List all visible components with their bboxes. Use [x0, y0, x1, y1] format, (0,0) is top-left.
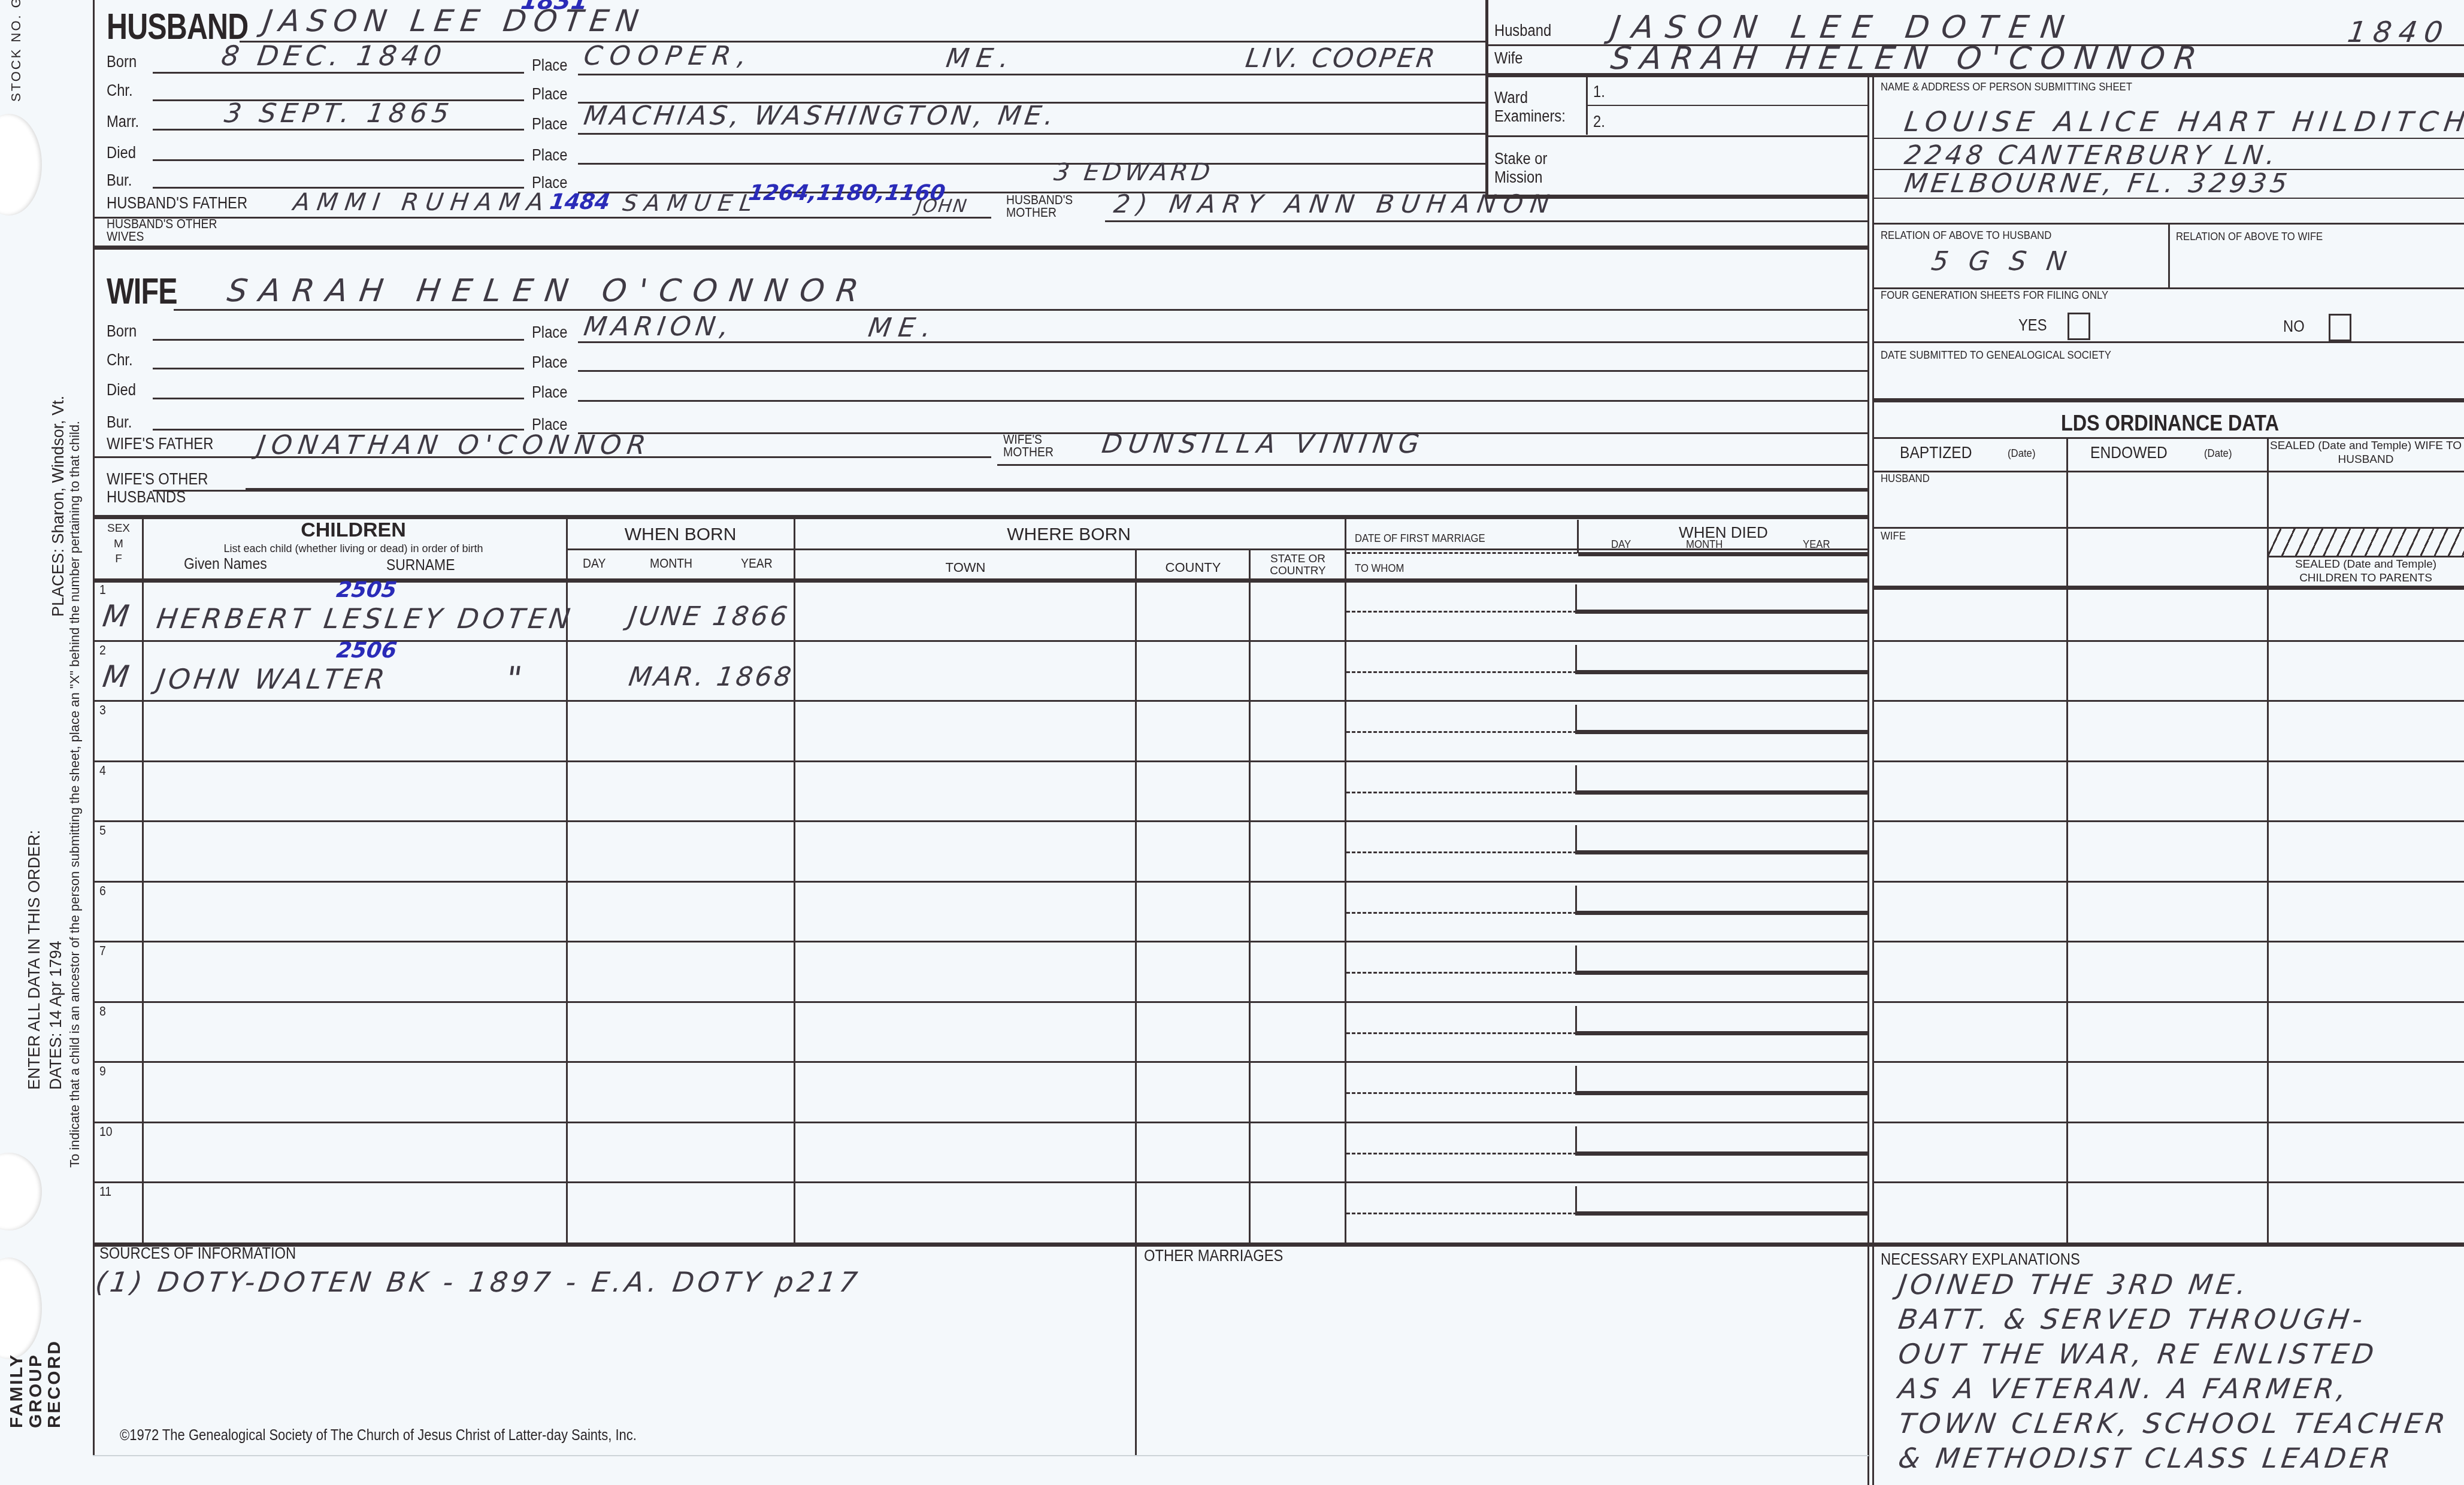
line [93, 700, 1869, 702]
line [1105, 220, 1869, 222]
husband-name-annotation: 1831 [519, 0, 589, 13]
county-header: COUNTY [1136, 560, 1250, 575]
submitter-name[interactable]: LOUISE ALICE HART HILDITCH [1903, 108, 2464, 135]
stock-number: STOCK NO. GA-C [8, 0, 24, 102]
explanation-line: OUT THE WAR, RE ENLISTED [1897, 1340, 2379, 1368]
baptized-header: BAPTIZED [1900, 444, 1972, 461]
child-sex[interactable]: M [101, 601, 131, 631]
dash-line [1346, 731, 1577, 733]
explanation-line: TOWN CLERK, SCHOOL TEACHER [1897, 1410, 2450, 1437]
place-label: Place [532, 147, 567, 163]
line [1575, 1091, 1869, 1095]
child-number: 4 [99, 764, 106, 777]
child-birth-date[interactable]: JUNE 1866 [627, 604, 791, 630]
child-birth-date[interactable]: MAR. 1868 [627, 664, 795, 690]
line [578, 370, 1869, 372]
month-header: MONTH [650, 557, 692, 570]
surname-header: SURNAME [386, 557, 455, 572]
line [578, 74, 1485, 75]
line [153, 368, 524, 369]
ward-examiner-1-label: 1. [1593, 84, 1605, 100]
to-whom-header: TO WHOM [1355, 563, 1404, 574]
wife-born-state: ME. [867, 315, 940, 341]
line [1575, 705, 1577, 732]
dash-line [1346, 851, 1577, 853]
given-names-header: Given Names [184, 556, 267, 571]
line [153, 339, 524, 341]
line [93, 1455, 1869, 1456]
child-sex[interactable]: M [101, 662, 131, 692]
husband-born-state: ME. [945, 46, 1018, 72]
other-marriages-label: OTHER MARRIAGES [1144, 1248, 1283, 1264]
line [578, 133, 1485, 135]
husband-ancestor-name: JOHN [915, 198, 969, 216]
line [93, 1061, 1869, 1063]
husband-father-ref: 1484 [548, 192, 611, 213]
line [1873, 398, 2464, 402]
line [1575, 825, 1577, 853]
place-label: Place [532, 86, 567, 102]
line [153, 129, 524, 131]
binder-hole [0, 114, 42, 216]
line [1575, 645, 1577, 672]
child-number: 1 [99, 583, 106, 596]
line [1873, 138, 2464, 139]
bur-label: Bur. [107, 172, 132, 189]
line [1873, 471, 2464, 472]
line [1485, 135, 1869, 137]
place-label: Place [532, 325, 567, 341]
child-number: 6 [99, 884, 106, 898]
died-label: Died [107, 145, 136, 161]
dash-line [1346, 1092, 1577, 1094]
endowed-header: ENDOWED [2090, 444, 2168, 461]
town-header: TOWN [795, 560, 1136, 575]
binder-hole [0, 1153, 42, 1231]
dash-line [1346, 1213, 1577, 1214]
husband-grandfather-name: SAMUEL [621, 192, 761, 214]
line [1485, 195, 1869, 199]
child-name[interactable]: JOHN WALTER [155, 665, 390, 693]
line [174, 309, 1869, 311]
line [1873, 1122, 2464, 1123]
line [1587, 105, 1869, 106]
dash-line [1346, 1153, 1577, 1154]
copyright: ©1972 The Genealogical Society of The Ch… [120, 1428, 637, 1443]
sealed-wife-header: SEALED (Date and Temple) WIFE TO HUSBAND [2270, 440, 2462, 467]
line [1575, 1066, 1577, 1093]
line [246, 488, 1869, 490]
line [567, 548, 1869, 550]
line [93, 1001, 1869, 1003]
line [1575, 670, 1869, 674]
child-ref-number: 2505 [335, 580, 398, 601]
dash-line [1346, 972, 1577, 974]
no-label: NO [2283, 319, 2305, 335]
explanations-label: NECESSARY EXPLANATIONS [1881, 1251, 2080, 1268]
line [1345, 515, 1346, 1242]
line [578, 400, 1869, 402]
section-divider [93, 1242, 2464, 1247]
hatched-area [2268, 528, 2464, 557]
marr-label: Marr. [107, 114, 139, 130]
child-number: 5 [99, 824, 106, 837]
line [1575, 886, 1577, 913]
child-surname-ditto: " [504, 663, 524, 696]
place-label: Place [532, 384, 567, 401]
line [1575, 1186, 1577, 1214]
explanation-line: & METHODIST CLASS LEADER [1897, 1444, 2396, 1472]
line [1575, 1211, 1869, 1216]
line [1873, 341, 2464, 343]
explanation-line: JOINED THE 3RD ME. [1897, 1271, 2251, 1298]
line [1575, 1031, 1869, 1035]
died-label: Died [107, 382, 136, 398]
dash-line [1346, 671, 1577, 673]
child-number: 3 [99, 704, 106, 717]
relation-husband-value[interactable]: 5 G S N [1930, 248, 2074, 275]
husband-marriage-place[interactable]: MACHIAS, WASHINGTON, ME. [582, 103, 1059, 129]
line [1873, 941, 2464, 942]
line [2066, 437, 2068, 1245]
stake-or-mission-label: Stake or Mission [1494, 150, 1573, 187]
when-born-header: WHEN BORN [567, 525, 794, 545]
children-subheading: List each child (whether living or dead)… [144, 543, 563, 555]
husband-born-place[interactable]: COOPER, [582, 43, 755, 69]
ward-examiners-label: Ward Examiners: [1494, 89, 1573, 126]
line [153, 490, 1869, 492]
line [1135, 1242, 1137, 1455]
line [153, 72, 524, 74]
line [578, 341, 1869, 343]
bur-label: Bur. [107, 414, 132, 431]
line [1873, 640, 2464, 642]
line [2168, 223, 2170, 289]
ordinance-wife-label: WIFE [1881, 531, 1906, 542]
wife-mother-label: WIFE'S MOTHER [1003, 434, 1077, 459]
chr-label: Chr. [107, 352, 133, 368]
summary-wife-label: Wife [1494, 50, 1523, 66]
date-hint: (Date) [2008, 448, 2035, 459]
right-panel-border [1872, 74, 1874, 1485]
child-ref-number: 2506 [335, 640, 398, 662]
ancestor-instruction: To indicate that a child is an ancestor … [67, 421, 83, 1168]
line [1873, 1181, 2464, 1183]
summary-wife-name[interactable]: SARAH HELEN O'CONNOR [1609, 43, 2208, 74]
line [1578, 552, 1869, 556]
line [1873, 760, 2464, 762]
sex-header: SEX M F [96, 521, 141, 567]
born-label: Born [107, 54, 137, 70]
line [93, 1181, 1869, 1183]
line [153, 398, 524, 399]
wife-mother-name[interactable]: DUNSILLA VINING [1100, 431, 1427, 457]
child-number: 11 [99, 1185, 111, 1198]
line [1575, 730, 1869, 734]
wife-other-husbands-label: WIFE'S OTHER HUSBANDS [107, 471, 233, 506]
line [578, 163, 1485, 165]
dash-line [1346, 611, 1577, 613]
died-year-header: YEAR [1803, 539, 1830, 550]
line [1873, 820, 2464, 822]
line [93, 820, 1869, 822]
wife-father-name[interactable]: JONATHAN O'CONNOR [256, 432, 653, 459]
husband-born-date[interactable]: 8 DEC. 1840 [220, 42, 448, 69]
born-label: Born [107, 323, 137, 340]
wife-father-label: WIFE'S FATHER [107, 436, 213, 452]
child-number: 8 [99, 1005, 106, 1018]
wife-name[interactable]: SARAH HELEN O'CONNOR [225, 275, 872, 307]
line [93, 760, 1869, 762]
child-name[interactable]: HERBERT LESLEY DOTEN [155, 605, 576, 632]
ordinance-title: LDS ORDINANCE DATA [1903, 411, 2437, 436]
husband-father-label: HUSBAND'S FATHER [107, 195, 247, 211]
line [1575, 971, 1869, 975]
husband-born-note: LIV. COOPER [1244, 46, 1439, 72]
child-number: 7 [99, 944, 106, 957]
husband-marriage-date[interactable]: 3 SEPT. 1865 [223, 101, 455, 127]
sealed-children-header: SEALED (Date and Temple) CHILDREN TO PAR… [2270, 558, 2462, 586]
line [1575, 584, 1577, 612]
children-heading: CHILDREN [144, 519, 563, 542]
place-label: Place [532, 57, 567, 74]
line [93, 941, 1869, 942]
enter-order-instruction: ENTER ALL DATA IN THIS ORDER: [25, 830, 44, 1090]
year-header: YEAR [741, 557, 773, 570]
child-number: 10 [99, 1125, 113, 1138]
dash-line [1346, 912, 1577, 914]
wife-heading: WIFE [107, 273, 177, 310]
line [1873, 437, 2464, 439]
ward-examiner-2-label: 2. [1593, 114, 1605, 130]
date-hint: (Date) [2204, 448, 2232, 459]
line [1577, 520, 1579, 553]
dash-line [1346, 792, 1577, 793]
dash-line [1346, 1032, 1577, 1034]
relation-husband-label: RELATION OF ABOVE TO HUSBAND [1881, 230, 2051, 241]
line [1575, 765, 1577, 793]
wife-born-place[interactable]: MARION, [582, 314, 735, 340]
summary-husband-year: 1840 [2346, 18, 2452, 47]
summary-husband-name[interactable]: JASON LEE DOTEN [1609, 12, 2078, 43]
line [1873, 198, 2464, 199]
line [93, 1122, 1869, 1123]
line [1485, 73, 2464, 77]
line [1873, 881, 2464, 883]
line [1575, 790, 1869, 795]
child-number: 2 [99, 644, 106, 657]
yes-label: YES [2018, 317, 2047, 334]
line [794, 515, 795, 1242]
date-submitted-label: DATE SUBMITTED TO GENEALOGICAL SOCIETY [1881, 350, 2111, 361]
form-title: FAMILY GROUP RECORD [7, 1339, 64, 1428]
line [153, 159, 524, 161]
line [1873, 1001, 2464, 1003]
line [1575, 1126, 1577, 1154]
section-divider [93, 246, 1869, 250]
explanation-line: AS A VETERAN. A FARMER, [1897, 1375, 2351, 1402]
line [997, 464, 1869, 466]
place-label: Place [532, 116, 567, 132]
four-generation-label: FOUR GENERATION SHEETS FOR FILING ONLY [1881, 290, 2108, 301]
child-number: 9 [99, 1065, 106, 1078]
explanation-line: BATT. & SERVED THROUGH- [1897, 1305, 2368, 1333]
where-born-header: WHERE BORN [795, 525, 1343, 545]
line [2267, 437, 2269, 1245]
husband-other-wives-label: HUSBAND'S OTHER WIVES [107, 218, 244, 243]
ordinance-husband-label: HUSBAND [1881, 473, 1930, 484]
line [1873, 586, 2464, 590]
place-label: Place [532, 354, 567, 371]
summary-box-border [1485, 0, 1488, 198]
line [1575, 850, 1869, 854]
relation-wife-label: RELATION OF ABOVE TO WIFE [2176, 231, 2323, 243]
line [93, 881, 1869, 883]
dash-line [1346, 552, 1577, 554]
line [1135, 548, 1137, 1242]
submitter-city[interactable]: MELBOURNE, FL. 32935 [1903, 171, 2293, 197]
died-month-header: MONTH [1686, 539, 1723, 550]
sources-label: SOURCES OF INFORMATION [99, 1245, 296, 1262]
day-header: DAY [583, 557, 606, 570]
line [1249, 548, 1251, 1242]
line [1575, 945, 1577, 973]
line [93, 456, 991, 458]
sources-text[interactable]: (1) DOTY-DOTEN BK - 1897 - E.A. DOTY p21… [94, 1268, 862, 1296]
husband-bur-note: 3 EDWARD [1052, 160, 1215, 184]
no-checkbox[interactable] [2329, 314, 2351, 341]
first-marriage-header: DATE OF FIRST MARRIAGE [1355, 533, 1485, 544]
summary-husband-label: Husband [1494, 23, 1551, 39]
chr-label: Chr. [107, 83, 133, 99]
husband-mother-label: HUSBAND'S MOTHER [1006, 194, 1091, 219]
submitter-label: NAME & ADDRESS OF PERSON SUBMITTING SHEE… [1881, 81, 2132, 93]
submitter-address[interactable]: 2248 CANTERBURY LN. [1903, 143, 2280, 169]
line [1575, 1006, 1577, 1034]
line [1575, 610, 1869, 614]
died-day-header: DAY [1611, 539, 1631, 550]
line [142, 515, 144, 1242]
line [1575, 1151, 1869, 1156]
places-instruction: PLACES: Sharon, Windsor, Vt. [49, 396, 68, 617]
husband-father-name[interactable]: AMMI RUHAMA [292, 190, 552, 214]
yes-checkbox[interactable] [2068, 313, 2090, 340]
dates-instruction: DATES: 14 Apr 1794 [47, 941, 65, 1090]
line [1873, 700, 2464, 702]
husband-name[interactable]: JASON LEE DOTEN [261, 6, 647, 36]
state-header: STATE OR COUNTRY [1250, 553, 1346, 577]
right-panel-border [1867, 74, 1869, 1485]
line [1873, 1061, 2464, 1063]
line [1575, 911, 1869, 915]
